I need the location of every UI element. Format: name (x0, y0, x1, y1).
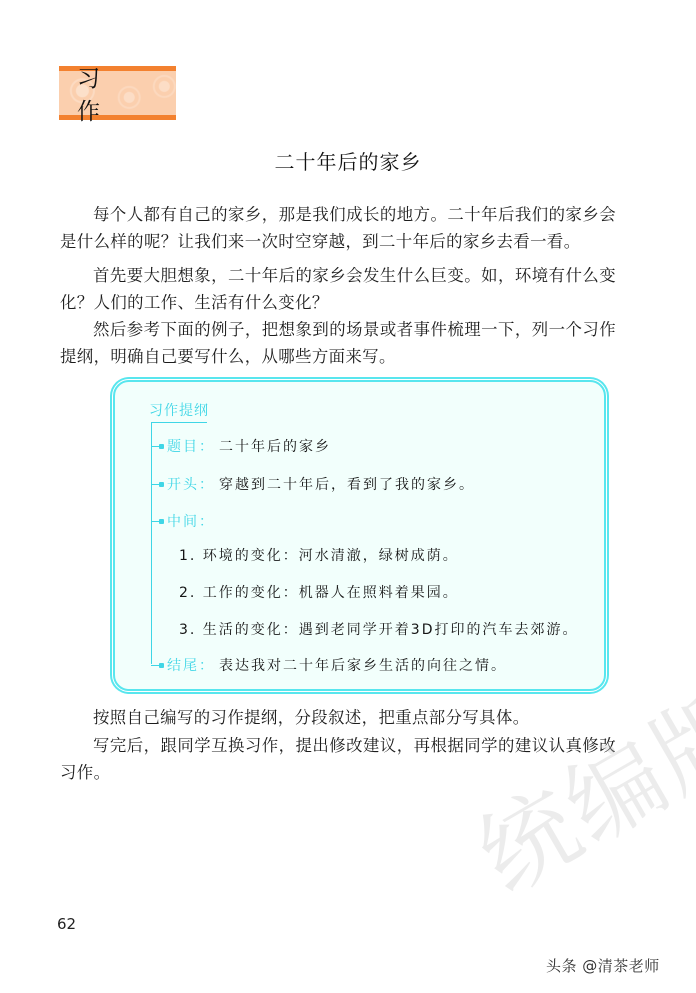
outline-item-title: 题目： 二十年后的家乡 (151, 436, 331, 456)
outline-item-label: 题目： (167, 436, 215, 456)
bracket-line (151, 422, 152, 664)
imagine-paragraph: 首先要大胆想象，二十年后的家乡会发生什么巨变。如，环境有什么变化？人们的工作、生… (60, 262, 616, 316)
middle-point: 1. 环境的变化：河水清澈，绿树成荫。 (179, 545, 459, 565)
outline-item-value: 二十年后的家乡 (219, 436, 331, 456)
middle-point: 3. 生活的变化：遇到老同学开着3D打印的汽车去郊游。 (179, 619, 579, 639)
intro-paragraph: 每个人都有自己的家乡，那是我们成长的地方。二十年后我们的家乡会是什么样的呢？让我… (60, 201, 616, 255)
bullet-icon (159, 444, 164, 449)
outline-item-label: 结尾： (167, 655, 215, 675)
connector-icon (151, 446, 159, 447)
outline-box: 习作提纲 题目： 二十年后的家乡 开头： 穿越到二十年后，看到了我的家乡。 中间… (113, 380, 606, 691)
outline-item-value: 穿越到二十年后，看到了我的家乡。 (219, 474, 475, 494)
connector-icon (151, 484, 159, 485)
outline-item-opening: 开头： 穿越到二十年后，看到了我的家乡。 (151, 474, 475, 494)
bracket-line (151, 422, 207, 423)
outline-item-label: 开头： (167, 474, 215, 494)
outline-item-label: 中间： (167, 511, 215, 531)
outline-item-value: 表达我对二十年后家乡生活的向往之情。 (219, 655, 507, 675)
outline-item-middle: 中间： (151, 511, 219, 531)
section-badge-label: 习 作 (59, 60, 176, 126)
outline-item-ending: 结尾： 表达我对二十年后家乡生活的向往之情。 (151, 655, 507, 675)
page-number: 62 (57, 915, 76, 933)
middle-point: 2. 工作的变化：机器人在照料着果园。 (179, 582, 459, 602)
section-badge: 习 作 (59, 66, 176, 120)
connector-icon (151, 521, 159, 522)
bullet-icon (159, 663, 164, 668)
source-credit: 头条 @清茶老师 (546, 955, 660, 976)
writing-instruction-paragraph: 按照自己编写的习作提纲，分段叙述，把重点部分写具体。 (60, 704, 616, 731)
bullet-icon (159, 482, 164, 487)
bullet-icon (159, 519, 164, 524)
outline-instruction-paragraph: 然后参考下面的例子，把想象到的场景或者事件梳理一下，列一个习作提纲，明确自己要写… (60, 316, 616, 370)
page-title: 二十年后的家乡 (0, 146, 696, 175)
outline-heading: 习作提纲 (149, 400, 209, 420)
connector-icon (151, 665, 159, 666)
